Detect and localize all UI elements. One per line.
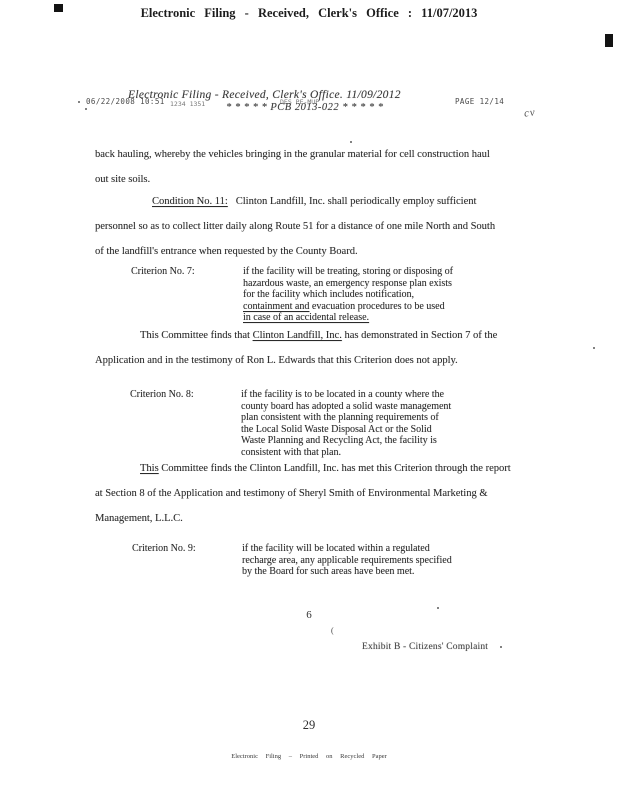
criterion-7-line-rest: evacuation procedures to be used (309, 301, 444, 312)
efiling-header-2013: Electronic Filing - Received, Clerk's Of… (0, 6, 618, 21)
criterion-9-line: by the Board for such areas have been me… (242, 566, 512, 578)
criterion-9-label: Criterion No. 9: (132, 543, 196, 555)
scan-noise-dot (437, 607, 439, 609)
scan-noise-dot (350, 141, 352, 143)
finding-8-text: Committee finds the Clinton Landfill, In… (159, 463, 511, 474)
exhibit-label: Exhibit B - Citizens' Complaint (362, 642, 488, 652)
scan-noise-dot (85, 108, 87, 110)
fax-header-noise: 1234 1351 (170, 100, 205, 108)
criterion-8-text: if the facility is to be located in a co… (241, 389, 511, 458)
document-page-number: 29 (0, 718, 618, 733)
criterion-7-line: if the facility will be treating, storin… (243, 266, 513, 278)
underlined-phrase: This (140, 463, 159, 474)
scan-artifact-mark (605, 34, 613, 47)
criterion-8-line: Waste Planning and Recycling Act, the fa… (241, 435, 511, 447)
criterion-7-label: Criterion No. 7: (131, 266, 195, 278)
handwritten-initials: cv (523, 106, 536, 120)
finding-7-line: Application and in the testimony of Ron … (95, 355, 458, 366)
criterion-8-line: county board has adopted a solid waste m… (241, 401, 511, 413)
scanned-document-page: Electronic Filing - Received, Clerk's Of… (0, 0, 618, 800)
scan-artifact-mark (54, 4, 63, 12)
criterion-8-line: if the facility is to be located in a co… (241, 389, 511, 401)
criterion-8-line: consistent with that plan. (241, 447, 511, 459)
condition-11-line: Condition No. 11:Clinton Landfill, Inc. … (152, 196, 476, 207)
inner-page-number: 6 (0, 609, 618, 621)
body-line: personnel so as to collect litter daily … (95, 221, 495, 232)
criterion-9-line: recharge area, any applicable requiremen… (242, 555, 512, 567)
criterion-9-text: if the facility will be located within a… (242, 543, 512, 578)
finding-8-line: This Committee finds the Clinton Landfil… (140, 463, 511, 474)
criterion-8-line: the Local Solid Waste Disposal Act or th… (241, 424, 511, 436)
efiling-header-2012: Electronic Filing - Received, Clerk's Of… (128, 89, 401, 101)
body-line: out site soils. (95, 174, 150, 185)
finding-8-line: at Section 8 of the Application and test… (95, 488, 488, 499)
criterion-8-line: plan consistent with the planning requir… (241, 412, 511, 424)
scan-noise-dot (500, 646, 502, 648)
finding-8-line: Management, L.L.C. (95, 513, 183, 524)
recycled-paper-note: Electronic Filing – Printed on Recycled … (0, 753, 618, 760)
criterion-7-line: for the facility which includes notifica… (243, 289, 513, 301)
criterion-8-label: Criterion No. 8: (130, 389, 194, 401)
criterion-7-text: if the facility will be treating, storin… (243, 266, 513, 324)
finding-7-text: This Committee finds that (140, 330, 253, 341)
finding-7-line: This Committee finds that Clinton Landfi… (140, 330, 497, 341)
criterion-7-line: containment and evacuation procedures to… (243, 301, 513, 313)
fax-page-count: PAGE 12/14 (455, 97, 504, 106)
finding-7-text: has demonstrated in Section 7 of the (342, 330, 497, 341)
body-line: back hauling, whereby the vehicles bring… (95, 149, 490, 160)
criterion-7-line: in case of an accidental release. (243, 312, 513, 324)
scan-noise-mark: ( (331, 626, 334, 635)
underlined-phrase: in case of an accidental release. (243, 312, 369, 323)
pcb-docket-number: * * * * * PCB 2013-022 * * * * * (226, 102, 383, 113)
scan-noise-dot (78, 101, 80, 103)
condition-11-intro: Clinton Landfill, Inc. shall periodicall… (236, 196, 477, 207)
condition-11-label: Condition No. 11: (152, 196, 228, 207)
criterion-7-line: hazardous waste, an emergency response p… (243, 278, 513, 290)
body-line: of the landfill's entrance when requeste… (95, 246, 358, 257)
underlined-phrase: Clinton Landfill, Inc. (253, 330, 342, 341)
scan-noise-dot (593, 347, 595, 349)
criterion-9-line: if the facility will be located within a… (242, 543, 512, 555)
underlined-phrase: containment and (243, 301, 309, 312)
